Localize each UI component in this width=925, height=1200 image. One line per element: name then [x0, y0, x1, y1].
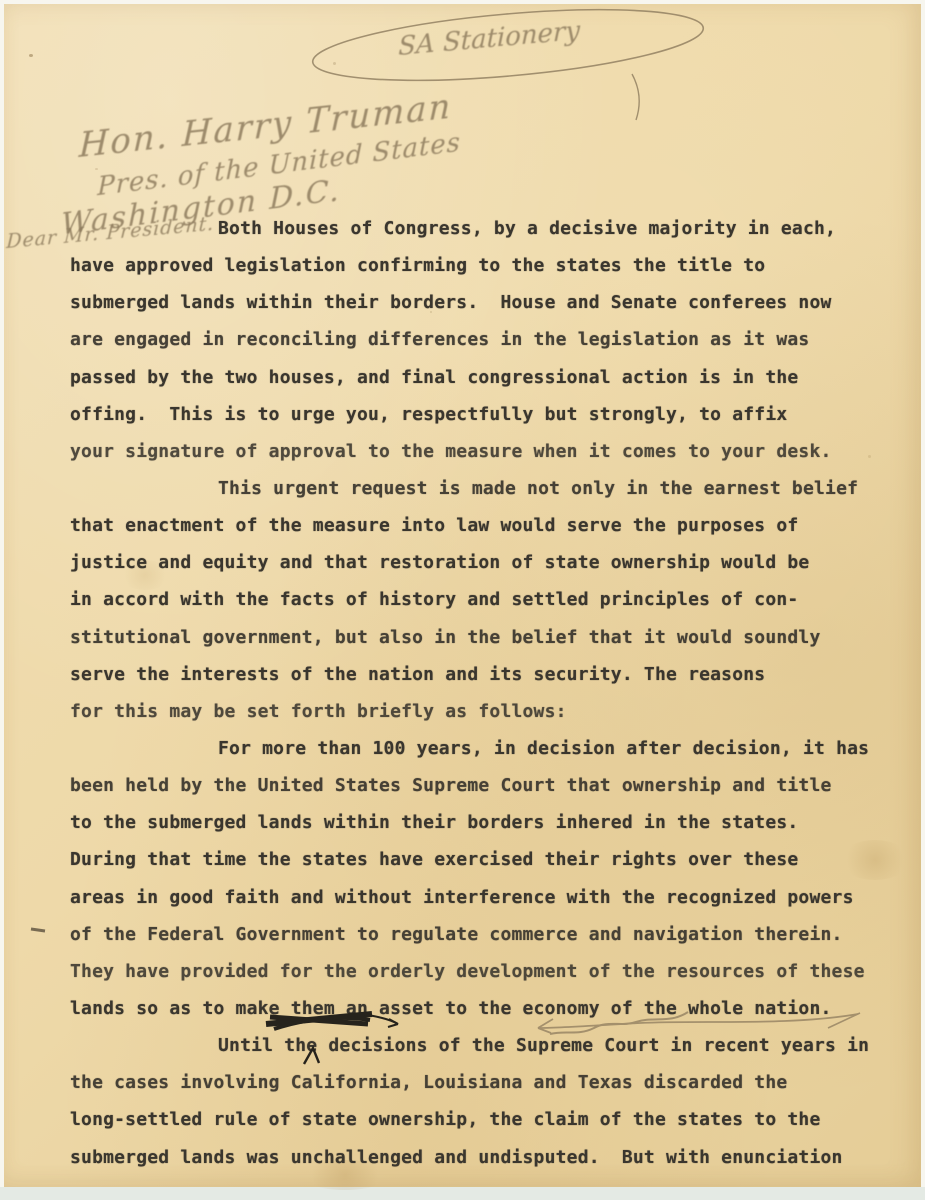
letter-line: stitutional government, but also in the … — [70, 619, 882, 656]
letter-line: They have provided for the orderly devel… — [70, 953, 882, 990]
letter-line: lands so as to make them an asset to the… — [70, 990, 882, 1027]
letter-line: During that time the states have exercis… — [70, 841, 882, 878]
letter-line: This urgent request is made not only in … — [70, 470, 882, 507]
letter-line: passed by the two houses, and final cong… — [70, 359, 882, 396]
letter-line: justice and equity and that restoration … — [70, 544, 882, 581]
letter-line: submerged lands was unchallenged and und… — [70, 1139, 882, 1176]
letter-line: areas in good faith and without interfer… — [70, 879, 882, 916]
letter-line: Until the decisions of the Supreme Court… — [70, 1027, 882, 1064]
letter-body: Both Houses of Congress, by a decisive m… — [70, 210, 882, 1176]
letter-line: for this may be set forth briefly as fol… — [70, 693, 882, 730]
letter-line: submerged lands within their borders. Ho… — [70, 284, 882, 321]
letter-line: of the Federal Government to regulate co… — [70, 916, 882, 953]
letter-line: serve the interests of the nation and it… — [70, 656, 882, 693]
letter-line: the cases involving California, Louisian… — [70, 1064, 882, 1101]
letter-line: are engaged in reconciling differences i… — [70, 321, 882, 358]
letter-line: have approved legislation confirming to … — [70, 247, 882, 284]
paper-speck — [333, 62, 336, 65]
paper-speck — [29, 54, 33, 57]
letter-line: Both Houses of Congress, by a decisive m… — [70, 210, 882, 247]
paper-speck — [95, 168, 98, 170]
letter-line: long-settled rule of state ownership, th… — [70, 1101, 882, 1138]
letter-line: been held by the United States Supreme C… — [70, 767, 882, 804]
letter-line: in accord with the facts of history and … — [70, 581, 882, 618]
scanned-letter-page: { "page": { "kind": "scanned typewritten… — [0, 0, 925, 1200]
letter-line: For more than 100 years, in decision aft… — [70, 730, 882, 767]
letter-line: your signature of approval to the measur… — [70, 433, 882, 470]
letter-line: offing. This is to urge you, respectfull… — [70, 396, 882, 433]
scan-bottom-band — [0, 1187, 925, 1200]
letter-line: to the submerged lands within their bord… — [70, 804, 882, 841]
letter-line: that enactment of the measure into law w… — [70, 507, 882, 544]
